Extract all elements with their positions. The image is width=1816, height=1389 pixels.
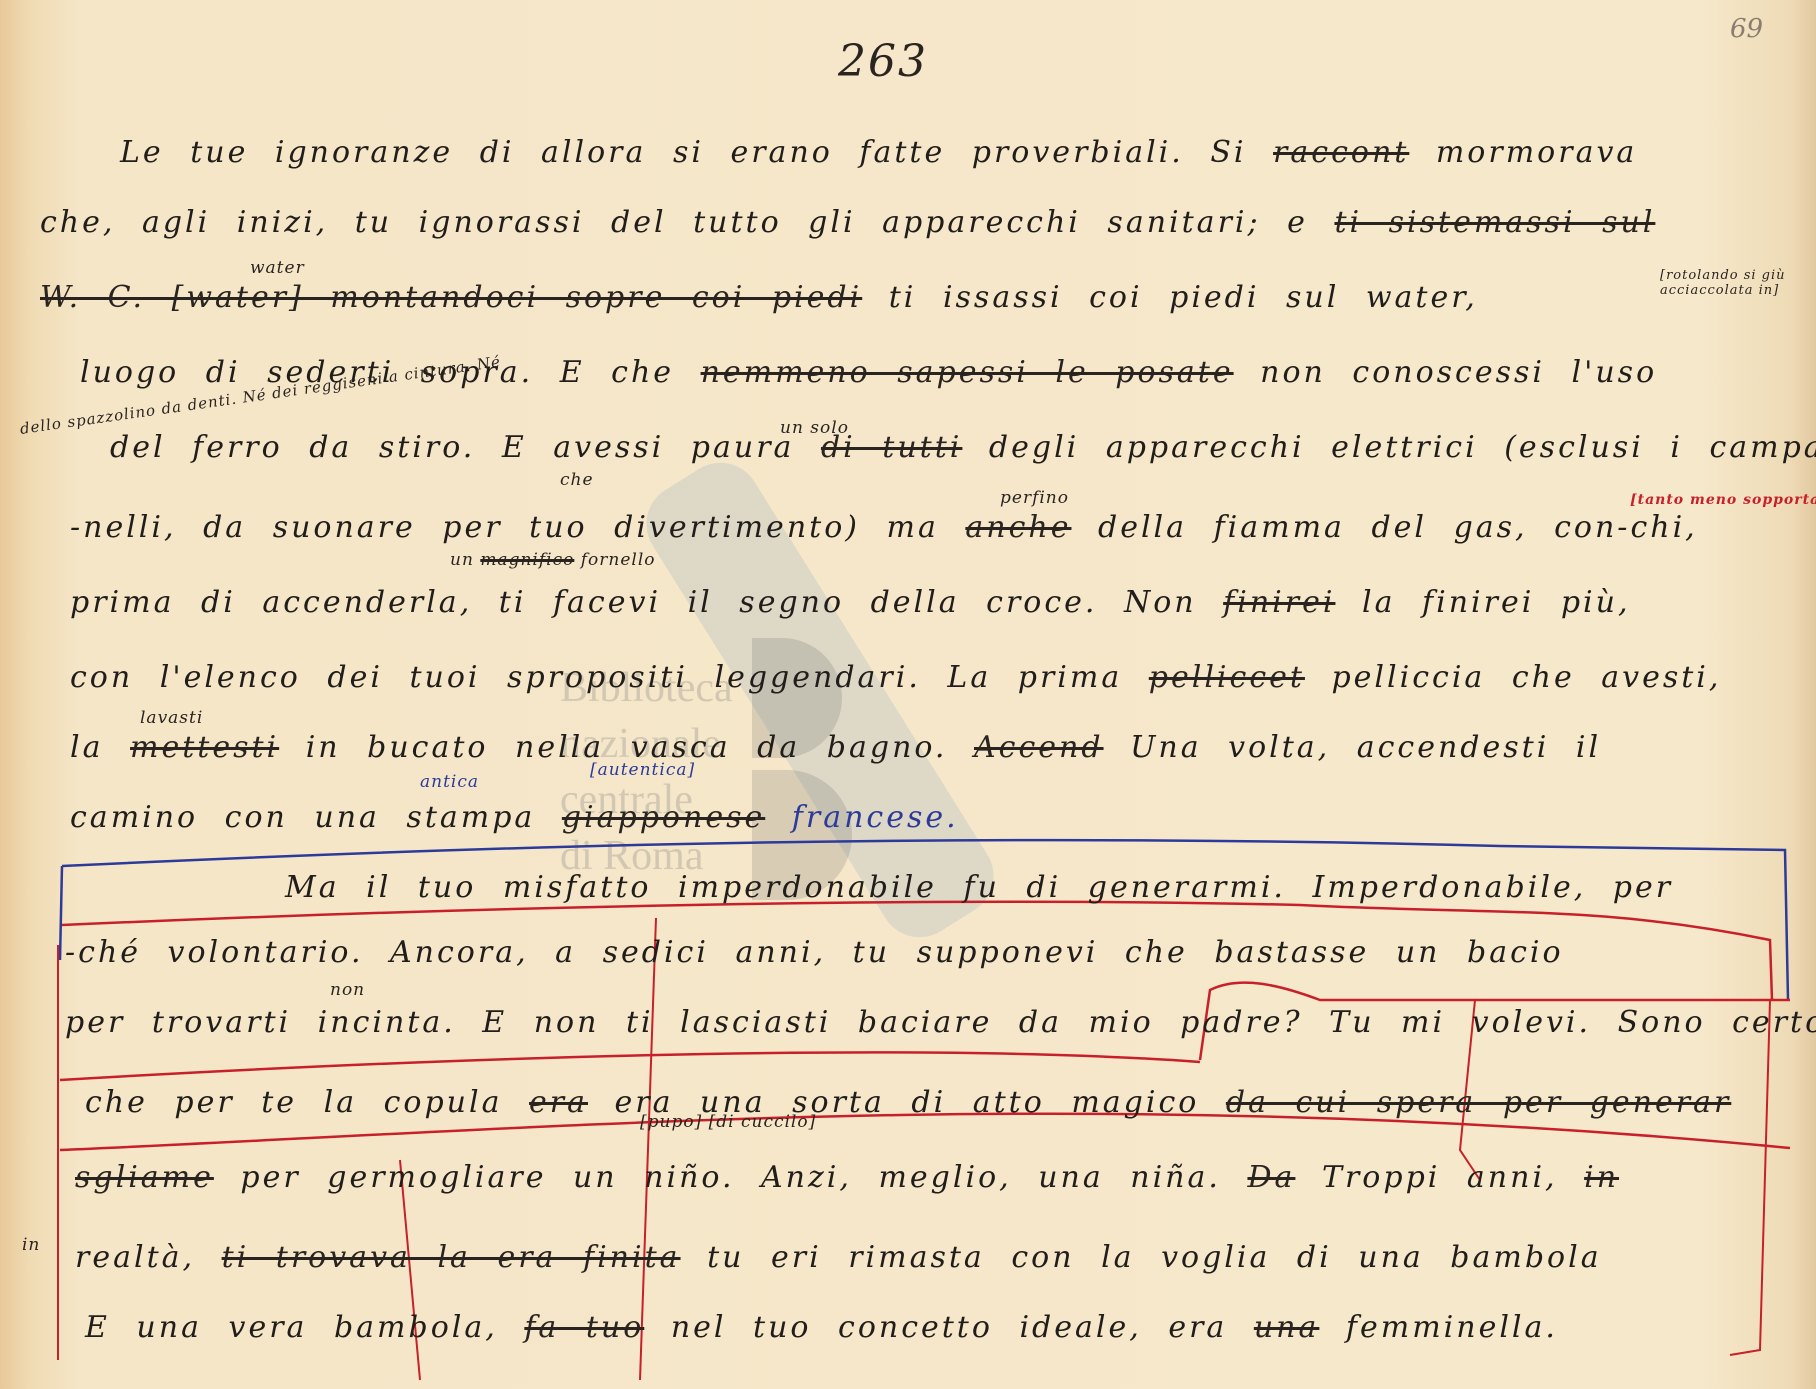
interlinear-insertion: un magnifico fornello [450, 550, 656, 570]
insertion-word: fornello [574, 550, 655, 570]
text-segment: E una vera bambola, [85, 1310, 524, 1345]
deleted-text: nemmeno sapessi le posate [701, 355, 1234, 390]
manuscript-line: per trovarti incinta. E non ti lasciasti… [65, 1005, 1816, 1040]
text-segment: la finirei più, [1335, 585, 1630, 620]
deleted-text: di tutti [821, 430, 962, 465]
text-segment: che, agli inizi, tu ignorassi del tutto … [40, 205, 1334, 240]
interlinear-insertion: che [560, 470, 594, 490]
text-segment: non conoscessi l'uso [1234, 355, 1658, 390]
manuscript-line: Le tue ignoranze di allora si erano fatt… [120, 135, 1637, 170]
deleted-insertion: magnifico [480, 550, 574, 570]
manuscript-line: del ferro da stiro. E avessi paura di tu… [110, 430, 1816, 465]
text-segment: con l'elenco dei tuoi spropositi leggend… [70, 660, 1149, 695]
deleted-text: mettesti [130, 730, 279, 765]
blue-pencil-insertion: [autentica] [590, 760, 695, 780]
text-segment: ti issassi coi piedi sul water, [862, 280, 1478, 315]
deleted-text: in [1584, 1160, 1619, 1195]
manuscript-line: con l'elenco dei tuoi spropositi leggend… [70, 660, 1721, 695]
text-segment: per trovarti incinta. E non ti lasciasti… [65, 1005, 1816, 1040]
deleted-text: Da [1247, 1160, 1295, 1195]
manuscript-page: Biblioteca nazionale centrale di Roma 26… [0, 0, 1816, 1389]
deleted-text: giapponese [562, 800, 765, 835]
text-segment: mormorava [1409, 135, 1637, 170]
text-segment: pelliccia che avesti, [1305, 660, 1721, 695]
deleted-text: una [1254, 1310, 1320, 1345]
text-segment: niño. Anzi, meglio, una niña. [644, 1160, 1247, 1195]
interlinear-insertion: non [330, 980, 365, 1000]
text-segment: per germogliare un [214, 1160, 644, 1195]
text-segment: realtà, [75, 1240, 222, 1275]
blue-pencil-text: francese. [765, 800, 958, 835]
blue-pencil-insertion: antica [420, 772, 479, 792]
text-segment: che per te la copula [85, 1085, 529, 1120]
manuscript-line: prima di accenderla, ti facevi il segno … [70, 585, 1631, 620]
manuscript-line: Ma il tuo misfatto imperdonabile fu di g… [285, 870, 1673, 905]
red-pencil-note: [tanto meno sopportassi] [1630, 492, 1816, 508]
text-segment: tu eri rimasta con la voglia di una bamb… [681, 1240, 1602, 1275]
manuscript-line: che per te la copula era era una sorta d… [85, 1085, 1731, 1120]
manuscript-line: W. C. [water] montandoci sopre coi piedi… [40, 280, 1478, 315]
insertion-word: un [450, 550, 480, 570]
text-segment: la [70, 730, 130, 765]
deleted-text: W. C. [water] montandoci sopre coi piedi [40, 280, 862, 315]
manuscript-line: -nelli, da suonare per tuo divertimento)… [70, 510, 1698, 545]
deleted-text: ti trovava la era finita [222, 1240, 681, 1275]
text-segment: prima di accenderla, ti facevi il segno … [70, 585, 1223, 620]
manuscript-line: E una vera bambola, fa tuo nel tuo conce… [85, 1310, 1558, 1345]
deleted-text: ti sistemassi sul [1334, 205, 1655, 240]
text-segment: camino con una stampa [70, 800, 562, 835]
deleted-text: raccont [1273, 135, 1409, 170]
deleted-text: Accend [974, 730, 1104, 765]
text-segment: femminella. [1319, 1310, 1558, 1345]
deleted-text: sgliame [75, 1160, 214, 1195]
text-segment: degli apparecchi elettrici (esclusi i ca… [962, 430, 1816, 465]
interlinear-insertion: water [250, 258, 305, 278]
interlinear-insertion: lavasti [140, 708, 203, 728]
text-segment: -nelli, da suonare per tuo divertimento)… [70, 510, 965, 545]
manuscript-line: la mettesti in bucato nella vasca da bag… [70, 730, 1601, 765]
manuscript-line: realtà, ti trovava la era finita tu eri … [75, 1240, 1602, 1275]
text-segment: Le tue ignoranze di allora si erano fatt… [120, 135, 1273, 170]
manuscript-line: sgliame per germogliare un niño. Anzi, m… [75, 1160, 1619, 1195]
deleted-text: fa tuo [524, 1310, 644, 1345]
deleted-text: da cui spera per generar [1226, 1085, 1731, 1120]
deleted-text: anche [965, 510, 1071, 545]
deleted-text: pelliccet [1149, 660, 1305, 695]
interlinear-insertion: perfino [1000, 488, 1069, 508]
manuscript-line: che, agli inizi, tu ignorassi del tutto … [40, 205, 1655, 240]
manuscript-line: camino con una stampa giapponese frances… [70, 800, 959, 835]
text-segment: della fiamma del gas, con-chi, [1071, 510, 1697, 545]
text-segment: Una volta, accendesti il [1104, 730, 1601, 765]
text-segment: nel tuo concetto ideale, era [644, 1310, 1254, 1345]
margin-insertion: in [22, 1235, 40, 1255]
margin-note: [rotolando si giù acciaccolata in] [1660, 268, 1810, 298]
text-segment: Ma il tuo misfatto imperdonabile fu di g… [285, 870, 1673, 905]
text-segment: Troppi anni, [1295, 1160, 1584, 1195]
text-segment: del ferro da stiro. E avessi paura [110, 430, 821, 465]
deleted-text: era [529, 1085, 588, 1120]
text-segment: -ché volontario. Ancora, a sedici anni, … [65, 935, 1564, 970]
deleted-text: finirei [1223, 585, 1335, 620]
manuscript-line: -ché volontario. Ancora, a sedici anni, … [65, 935, 1564, 970]
interlinear-insertion: [pupo] [di cuccilo] [640, 1112, 816, 1132]
